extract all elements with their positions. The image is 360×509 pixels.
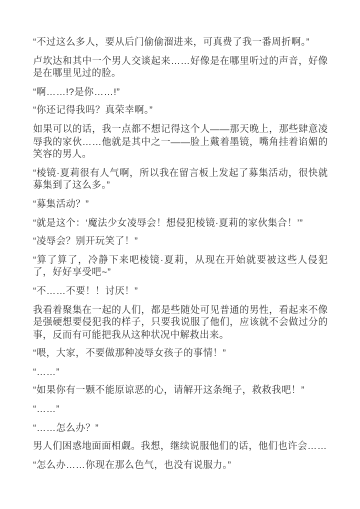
paragraph-5: 如果可以的话，我一点都不想记得这个人——那天晚上，那些肆意凌辱我的家伙……他就是…: [33, 124, 328, 162]
paragraph-6: “棱镜·夏莉很有人气啊，所以我在留言板上发起了募集活动，很快就募集到了这么多。”: [33, 168, 328, 193]
paragraph-16: “……”: [33, 404, 328, 417]
paragraph-10: “算了算了，冷静下来吧棱镜·夏莉，从现在开始就要被这些人侵犯了，好好享受吧~”: [33, 255, 328, 280]
paragraph-17: “……怎么办？”: [33, 423, 328, 436]
paragraph-1: “不过这么多人，要从后门偷偷溜进来，可真费了我一番周折啊。”: [33, 37, 328, 50]
paragraph-8: “就是这个：‘魔法少女凌辱会！想侵犯棱镜·夏莉的家伙集合！’”: [33, 218, 328, 231]
paragraph-14: “……”: [33, 367, 328, 380]
paragraph-19: “怎么办……你现在那么色气，也没有说服力。”: [33, 460, 328, 473]
paragraph-3: “啊……!?是你……!”: [33, 87, 328, 100]
paragraph-12: 我看着聚集在一起的人们，都是些随处可见普通的男性，看起来不像是强硬想要侵犯我的样…: [33, 305, 328, 343]
paragraph-4: “你还记得我吗？真荣幸啊。”: [33, 105, 328, 118]
paragraph-9: “凌辱会？别开玩笑了！”: [33, 236, 328, 249]
paragraph-2: 卢坎达和其中一个男人交谈起来……好像是在哪里听过的声音，好像是在哪里见过的脸。: [33, 56, 328, 81]
paragraph-13: “喂，大家，不要做那种凌辱女孩子的事情！”: [33, 348, 328, 361]
novel-text-page: “不过这么多人，要从后门偷偷溜进来，可真费了我一番周折啊。” 卢坎达和其中一个男…: [0, 0, 360, 509]
paragraph-7: “募集活动？”: [33, 199, 328, 212]
reader-viewport: “不过这么多人，要从后门偷偷溜进来，可真费了我一番周折啊。” 卢坎达和其中一个男…: [0, 0, 360, 509]
paragraph-11: “不……不要！！讨厌！”: [33, 286, 328, 299]
paragraph-18: 男人们困惑地面面相觑。我想，继续说服他们的话，他们也许会……: [33, 441, 328, 454]
paragraph-15: “如果你有一颗不能原谅恶的心，请解开这条绳子，救救我吧！”: [33, 385, 328, 398]
